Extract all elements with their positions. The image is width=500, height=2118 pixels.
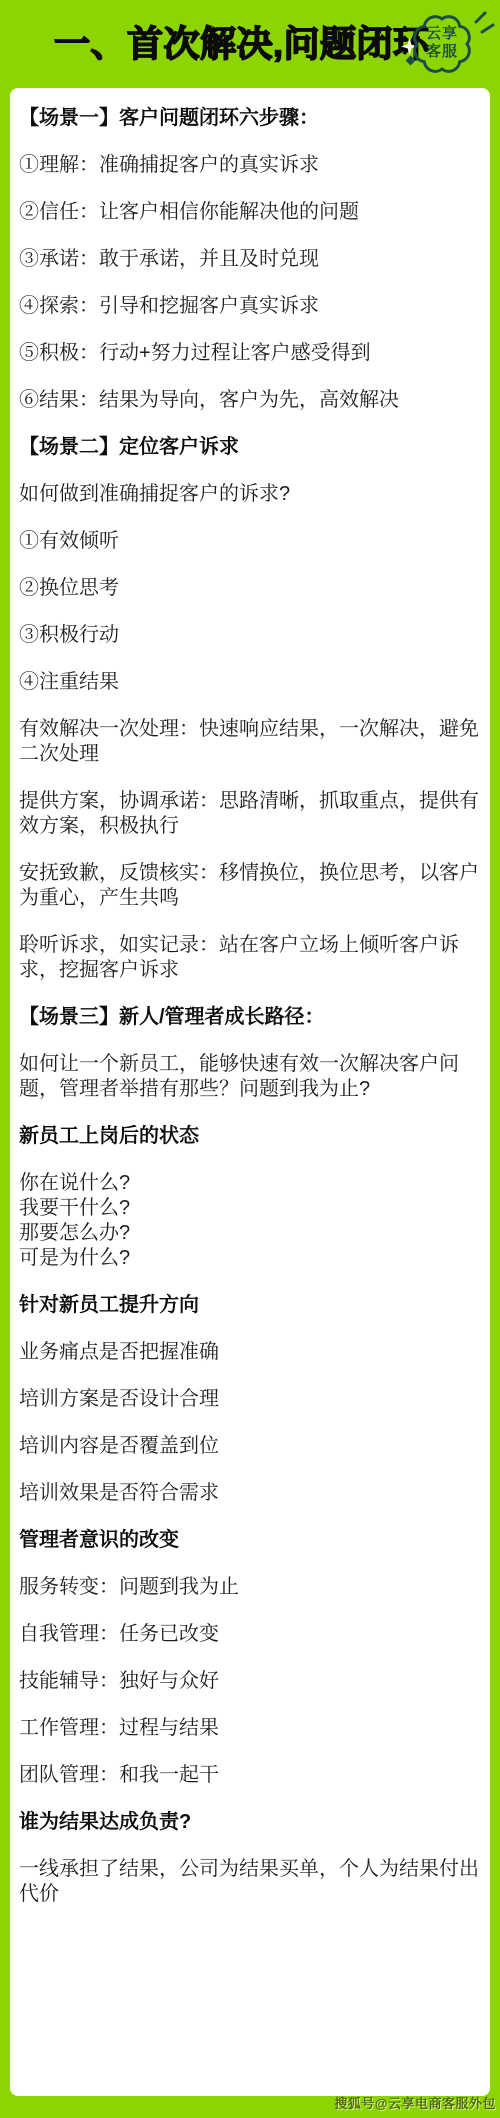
page-title: 一、首次解决,问题闭环	[54, 16, 430, 67]
body-paragraph: 工作管理：过程与结果	[19, 1716, 481, 1741]
body-paragraph: 培训内容是否覆盖到位	[19, 1434, 481, 1459]
badge-line-1: 云享	[407, 25, 477, 43]
badge-line-2: 客服	[407, 43, 477, 61]
brand-badge: 云享 客服	[406, 4, 498, 82]
sub-heading: 谁为结果达成负责?	[19, 1810, 481, 1835]
body-paragraph: ①有效倾听	[19, 529, 481, 554]
group-line: 你在说什么?	[19, 1171, 481, 1196]
section-heading: 【场景二】定位客户诉求	[19, 435, 481, 460]
poster-page: { "page": { "background_color": "#8cd402…	[0, 0, 500, 2118]
body-paragraph: ④注重结果	[19, 670, 481, 695]
body-paragraph: ⑥结果：结果为导向，客户为先，高效解决	[19, 388, 481, 413]
body-paragraph: 一线承担了结果，公司为结果买单，个人为结果付出代价	[19, 1857, 481, 1907]
sub-heading: 新员工上岗后的状态	[19, 1124, 481, 1149]
body-paragraph: 提供方案，协调承诺：思路清晰，抓取重点，提供有效方案，积极执行	[19, 789, 481, 839]
body-paragraph: 自我管理：任务已改变	[19, 1622, 481, 1647]
page-header: 一、首次解决,问题闭环 云享 客服	[0, 0, 500, 88]
watermark-text: 搜狐号@云享电商客服外包	[334, 2093, 496, 2112]
body-paragraph: ①理解：准确捕捉客户的真实诉求	[19, 153, 481, 178]
group-line: 我要干什么?	[19, 1196, 481, 1221]
body-paragraph: 团队管理：和我一起干	[19, 1763, 481, 1788]
body-paragraph: 如何让一个新员工，能够快速有效一次解决客户问题，管理者举措有那些？问题到我为止?	[19, 1052, 481, 1102]
body-paragraph: ④探索：引导和挖掘客户真实诉求	[19, 294, 481, 319]
content-card: 【场景一】客户问题闭环六步骤：①理解：准确捕捉客户的真实诉求②信任：让客户相信你…	[10, 88, 490, 2096]
badge-text: 云享 客服	[407, 25, 477, 61]
body-paragraph: 有效解决一次处理：快速响应结果，一次解决，避免二次处理	[19, 717, 481, 767]
body-paragraph: 业务痛点是否把握准确	[19, 1340, 481, 1365]
body-paragraph: 安抚致歉，反馈核实：移情换位，换位思考，以客户为重心，产生共鸣	[19, 861, 481, 911]
body-paragraph: ③承诺：敢于承诺，并且及时兑现	[19, 247, 481, 272]
group-line: 那要怎么办?	[19, 1221, 481, 1246]
section-heading: 【场景一】客户问题闭环六步骤：	[19, 106, 481, 131]
question-group: 你在说什么?我要干什么?那要怎么办?可是为什么?	[19, 1171, 481, 1271]
body-paragraph: 培训方案是否设计合理	[19, 1387, 481, 1412]
body-paragraph: ②换位思考	[19, 576, 481, 601]
body-paragraph: 技能辅导：独好与众好	[19, 1669, 481, 1694]
section-heading: 【场景三】新人/管理者成长路径：	[19, 1005, 481, 1030]
sub-heading: 管理者意识的改变	[19, 1528, 481, 1553]
body-paragraph: ②信任：让客户相信你能解决他的问题	[19, 200, 481, 225]
sub-heading: 针对新员工提升方向	[19, 1293, 481, 1318]
body-paragraph: ③积极行动	[19, 623, 481, 648]
body-paragraph: 聆听诉求，如实记录：站在客户立场上倾听客户诉求，挖掘客户诉求	[19, 933, 481, 983]
body-paragraph: 培训效果是否符合需求	[19, 1481, 481, 1506]
group-line: 可是为什么?	[19, 1246, 481, 1271]
body-paragraph: ⑤积极：行动+努力过程让客户感受得到	[19, 341, 481, 366]
body-paragraph: 如何做到准确捕捉客户的诉求?	[19, 482, 481, 507]
body-paragraph: 服务转变：问题到我为止	[19, 1575, 481, 1600]
